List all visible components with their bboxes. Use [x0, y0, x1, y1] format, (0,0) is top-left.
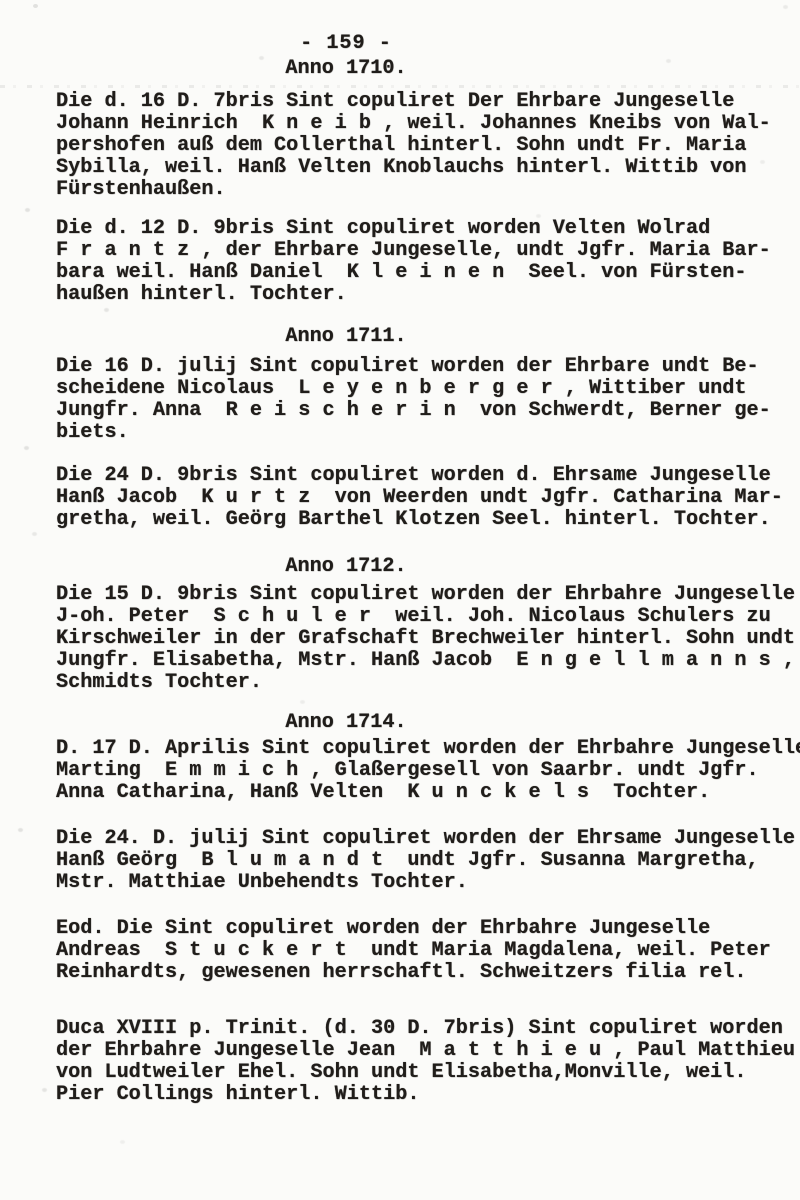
anno-heading-1712: Anno 1712. [56, 556, 636, 578]
marriage-entry-frantz: Die d. 12 D. 9bris Sint copuliret worden… [56, 218, 800, 306]
scan-noise-specks [33, 4, 38, 8]
page-number: - 159 - [56, 33, 636, 55]
anno-heading-1710: Anno 1710. [56, 58, 636, 80]
scanned-register-page: - 159 - Anno 1710. Die d. 16 D. 7bris Si… [0, 0, 800, 1200]
marriage-entry-kurtz: Die 24 D. 9bris Sint copuliret worden d.… [56, 465, 800, 531]
anno-heading-1711: Anno 1711. [56, 326, 636, 348]
scan-artifact-band [0, 85, 800, 88]
marriage-entry-schuler: Die 15 D. 9bris Sint copuliret worden de… [56, 584, 800, 694]
anno-heading-1714: Anno 1714. [56, 712, 636, 734]
marriage-entry-leyenberger: Die 16 D. julij Sint copuliret worden de… [56, 356, 800, 444]
marriage-entry-kneib: Die d. 16 D. 7bris Sint copuliret Der Eh… [56, 91, 800, 201]
marriage-entry-matthieu: Duca XVIII p. Trinit. (d. 30 D. 7bris) S… [56, 1018, 800, 1106]
marriage-entry-blumandt: Die 24. D. julij Sint copuliret worden d… [56, 828, 800, 894]
marriage-entry-emmich: D. 17 D. Aprilis Sint copuliret worden d… [56, 738, 800, 804]
marriage-entry-stuckert: Eod. Die Sint copuliret worden der Ehrba… [56, 918, 800, 984]
